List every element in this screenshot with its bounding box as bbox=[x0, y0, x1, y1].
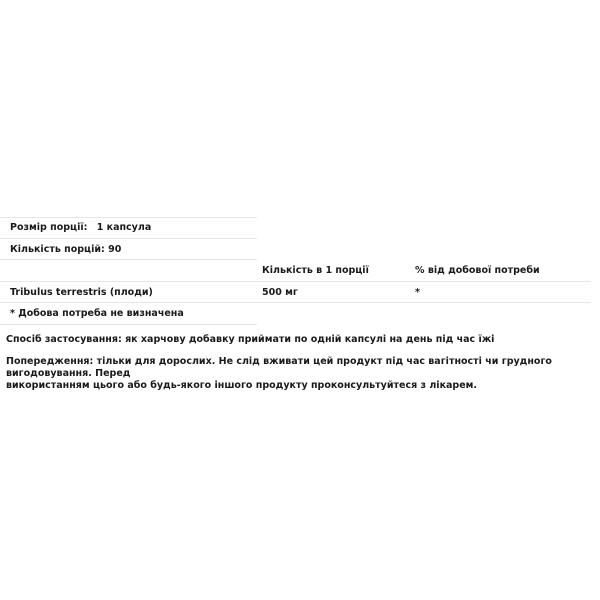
table-header-row: Кількість в 1 порції % від добової потре… bbox=[0, 260, 591, 282]
footnote-row: * Добова потреба не визначена bbox=[0, 303, 257, 325]
serving-size-label: Розмір порції: bbox=[10, 222, 87, 233]
servings-count-value: 90 bbox=[108, 244, 121, 255]
warning-line-1: Попередження: тільки для дорослих. Не сл… bbox=[6, 356, 594, 380]
ingredient-daily-value: * bbox=[415, 282, 420, 303]
amount-column-header: Кількість в 1 порції bbox=[262, 260, 369, 281]
footnote-text: * Добова потреба не визначена bbox=[10, 303, 184, 324]
ingredient-amount: 500 мг bbox=[262, 282, 298, 303]
servings-count-label: Кількість порцій: bbox=[10, 244, 105, 255]
serving-size-value: 1 капсула bbox=[97, 222, 152, 233]
usage-instructions: Спосіб застосування: як харчову добавку … bbox=[6, 334, 594, 346]
ingredient-row: Tribulus terrestris (плоди) 500 мг * bbox=[0, 282, 591, 304]
daily-value-column-header: % від добової потреби bbox=[415, 260, 540, 281]
serving-size-row: Розмір порції: 1 капсула bbox=[0, 217, 257, 239]
servings-count-row: Кількість порцій: 90 bbox=[0, 239, 257, 261]
warning-line-2: використанням цього або будь-якого іншог… bbox=[6, 380, 594, 392]
ingredient-name: Tribulus terrestris (плоди) bbox=[10, 282, 153, 303]
warning-text: Попередження: тільки для дорослих. Не сл… bbox=[6, 356, 594, 392]
